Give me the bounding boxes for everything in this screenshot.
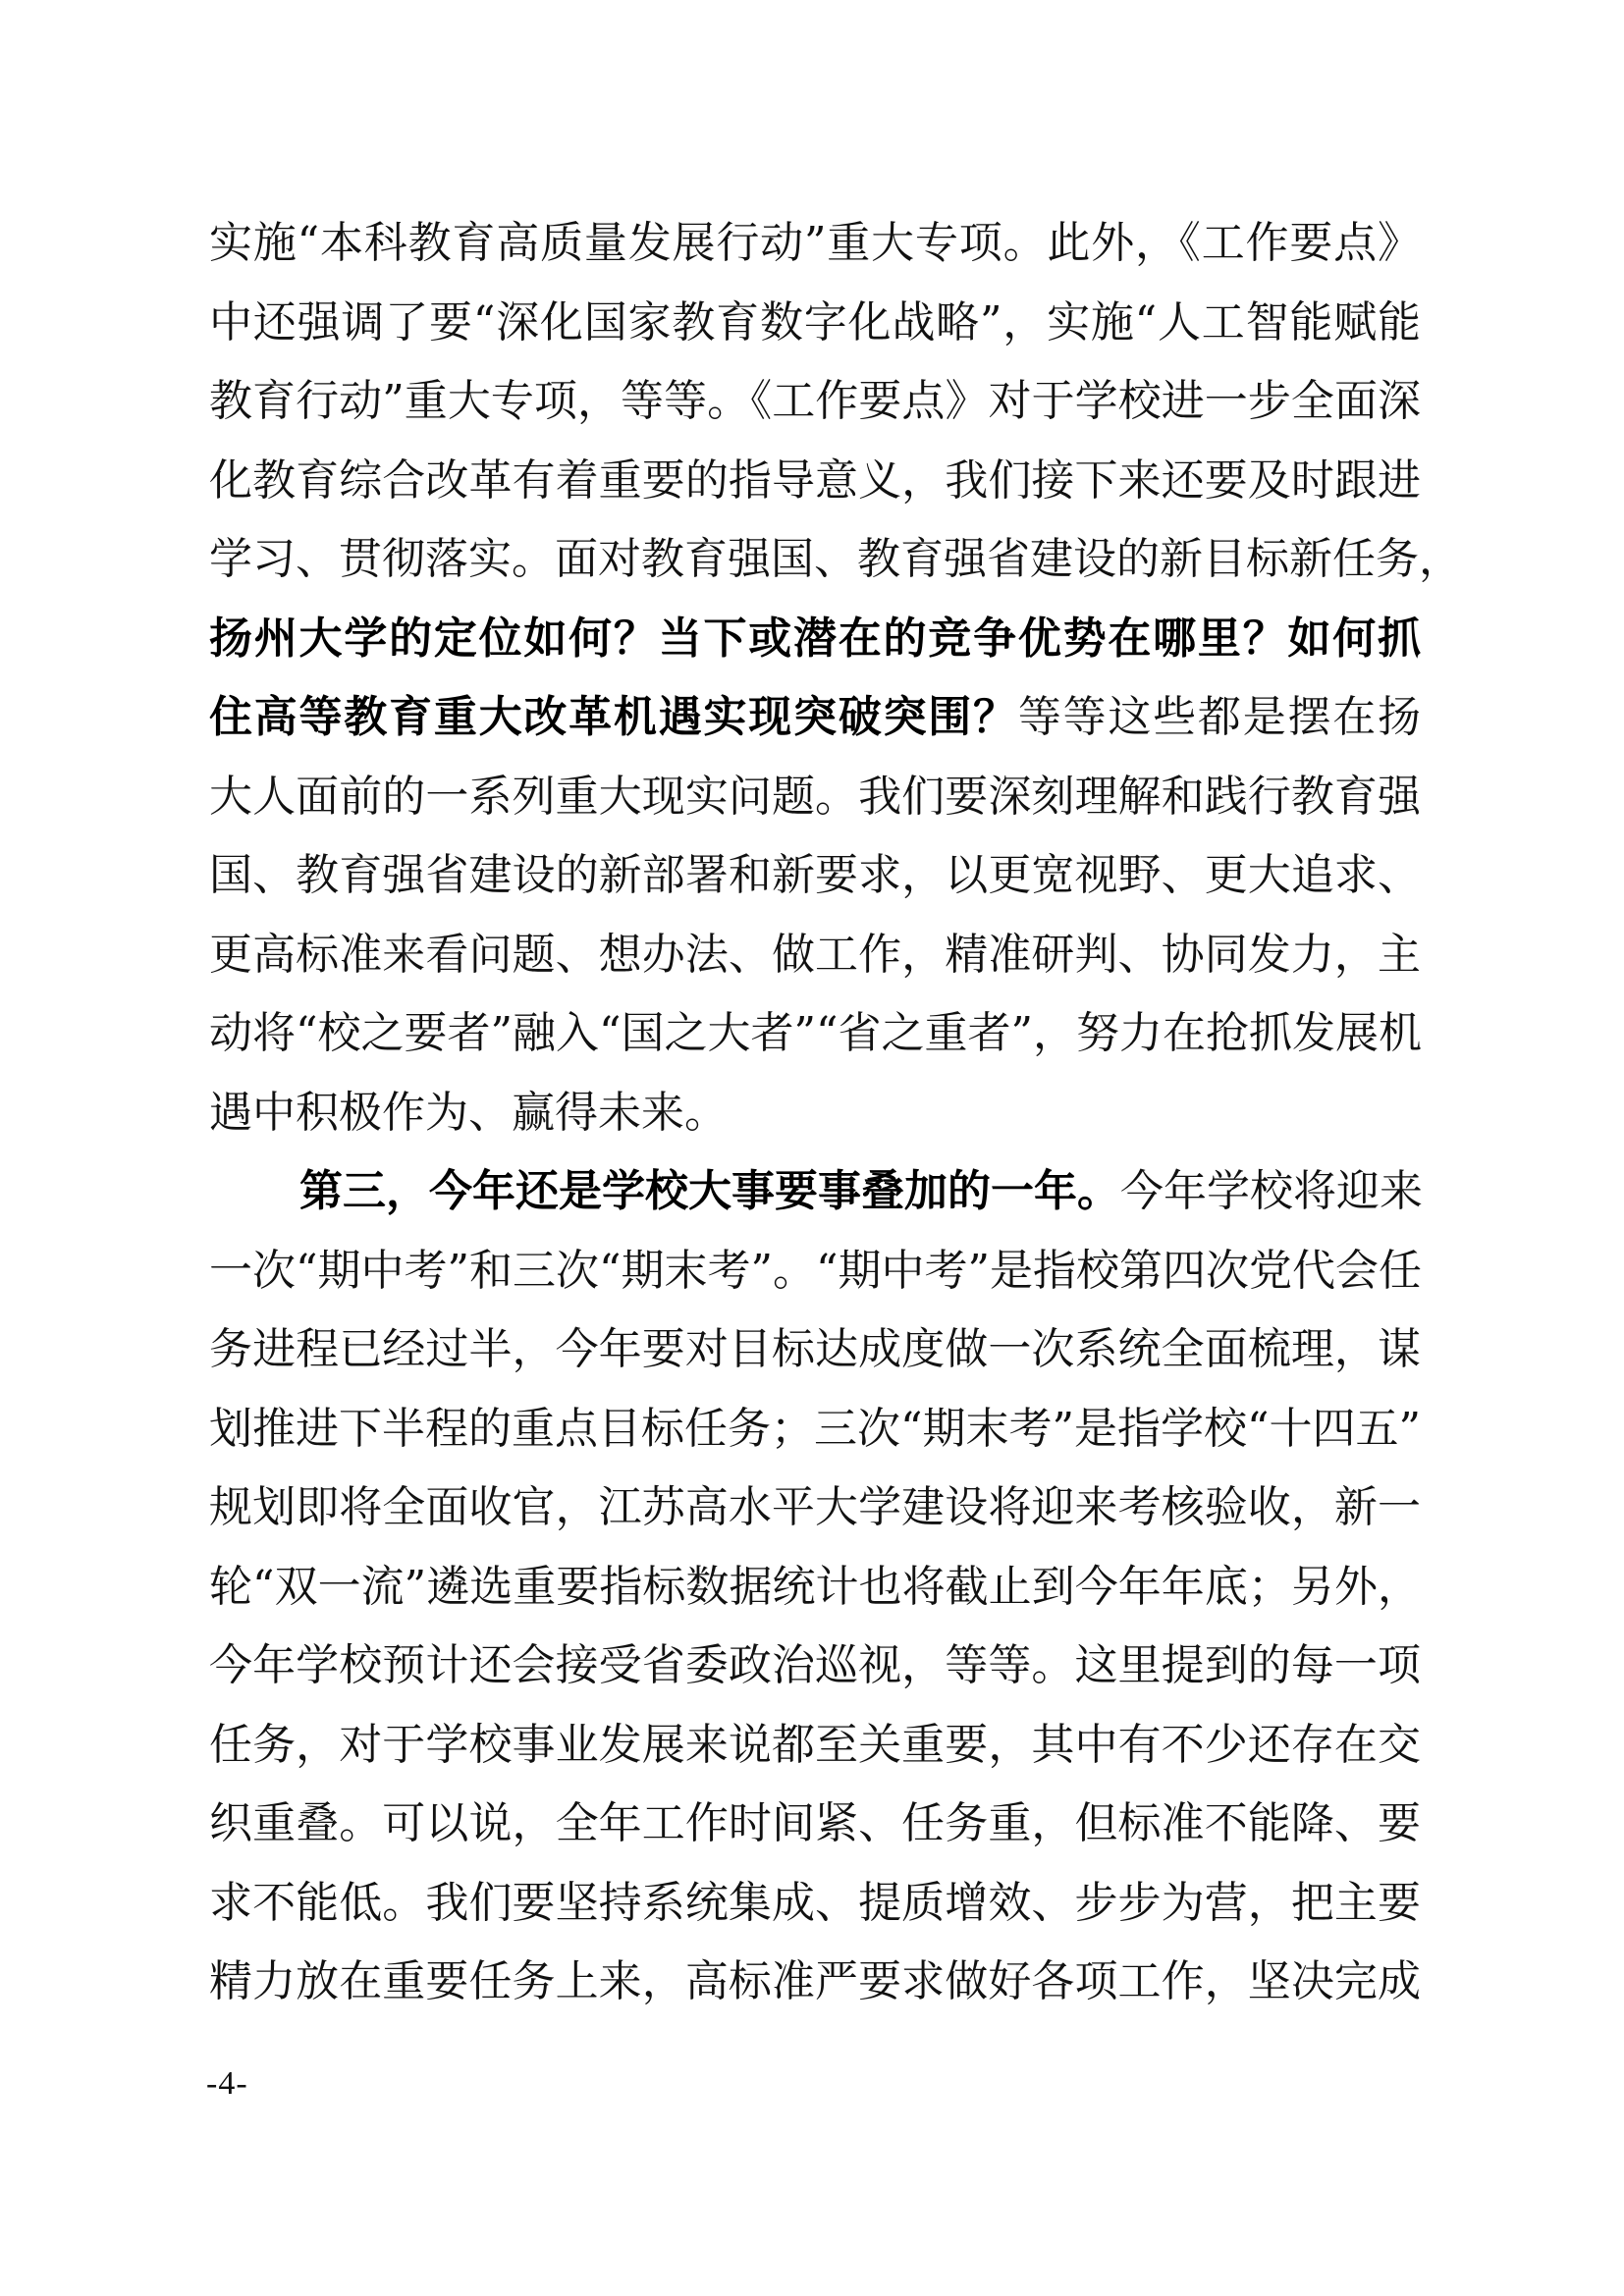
text-line: 遇中积极作为、赢得未来。 xyxy=(209,1074,1421,1153)
text-line: 第三，今年还是学校大事要事叠加的一年。今年学校将迎来 xyxy=(209,1152,1421,1232)
text-line: 精力放在重要任务上来，高标准严要求做好各项工作，坚决完成 xyxy=(209,1943,1421,2022)
text-line: 扬州大学的定位如何？当下或潜在的竞争优势在哪里？如何抓 xyxy=(209,600,1421,679)
text-line: 中还强调了要“深化国家教育数字化战略”，实施“人工智能赋能 xyxy=(209,284,1421,363)
text-line: 规划即将全面收官，江苏高水平大学建设将迎来考核验收，新一 xyxy=(209,1468,1421,1548)
bold-text-segment: 第三，今年还是学校大事要事叠加的一年。 xyxy=(299,1166,1120,1216)
text-line: 轮“双一流”遴选重要指标数据统计也将截止到今年年底；另外， xyxy=(209,1548,1421,1628)
text-line: 学习、贯彻落实。面对教育强国、教育强省建设的新目标新任务， xyxy=(209,520,1421,600)
text-line: 划推进下半程的重点目标任务；三次“期末考”是指学校“十四五” xyxy=(209,1390,1421,1469)
text-line: 更高标准来看问题、想办法、做工作，精准研判、协同发力，主 xyxy=(209,916,1421,995)
text-line: 务进程已经过半，今年要对目标达成度做一次系统全面梳理，谋 xyxy=(209,1310,1421,1390)
text-segment: 务进程已经过半，今年要对目标达成度做一次系统全面梳理，谋 xyxy=(209,1324,1421,1374)
text-line: 住高等教育重大改革机遇实现突破突围？等等这些都是摆在扬 xyxy=(209,678,1421,758)
text-segment: 一次“期中考”和三次“期末考”。“期中考”是指校第四次党代会任 xyxy=(209,1246,1422,1296)
text-segment: 学习、贯彻落实。面对教育强国、教育强省建设的新目标新任务， xyxy=(209,534,1462,584)
text-line: 国、教育强省建设的新部署和新要求，以更宽视野、更大追求、 xyxy=(209,836,1421,916)
text-segment: 更高标准来看问题、想办法、做工作，精准研判、协同发力，主 xyxy=(209,930,1421,980)
text-line: 教育行动”重大专项，等等。《工作要点》对于学校进一步全面深 xyxy=(209,362,1421,442)
text-line: 动将“校之要者”融入“国之大者”“省之重者”，努力在抢抓发展机 xyxy=(209,994,1421,1074)
text-segment: 动将“校之要者”融入“国之大者”“省之重者”，努力在抢抓发展机 xyxy=(209,1008,1422,1058)
text-segment: 化教育综合改革有着重要的指导意义，我们接下来还要及时跟进 xyxy=(209,455,1421,506)
text-segment: 规划即将全面收官，江苏高水平大学建设将迎来考核验收，新一 xyxy=(209,1482,1421,1532)
page-number: -4- xyxy=(206,2065,248,2103)
text-line: 实施“本科教育高质量发展行动”重大专项。此外，《工作要点》 xyxy=(209,204,1421,284)
text-segment: 划推进下半程的重点目标任务；三次“期末考”是指学校“十四五” xyxy=(209,1404,1421,1454)
text-segment: 大人面前的一系列重大现实问题。我们要深刻理解和践行教育强 xyxy=(209,772,1421,822)
text-line: 织重叠。可以说，全年工作时间紧、任务重，但标准不能降、要 xyxy=(209,1785,1421,1864)
text-line: 化教育综合改革有着重要的指导意义，我们接下来还要及时跟进 xyxy=(209,442,1421,521)
text-segment: 织重叠。可以说，全年工作时间紧、任务重，但标准不能降、要 xyxy=(209,1798,1421,1848)
bold-text-segment: 扬州大学的定位如何？当下或潜在的竞争优势在哪里？如何抓 xyxy=(209,614,1421,664)
text-line: 求不能低。我们要坚持系统集成、提质增效、步步为营，把主要 xyxy=(209,1864,1421,1944)
text-segment: 遇中积极作为、赢得未来。 xyxy=(209,1088,728,1138)
bold-text-segment: 住高等教育重大改革机遇实现突破突围？ xyxy=(209,692,1018,742)
text-segment: 等等这些都是摆在扬 xyxy=(1018,692,1421,742)
text-segment: 教育行动”重大专项，等等。《工作要点》对于学校进一步全面深 xyxy=(209,376,1421,426)
document-page: 实施“本科教育高质量发展行动”重大专项。此外，《工作要点》中还强调了要“深化国家… xyxy=(0,0,1624,2296)
body-text: 实施“本科教育高质量发展行动”重大专项。此外，《工作要点》中还强调了要“深化国家… xyxy=(209,204,1421,2022)
text-segment: 任务，对于学校事业发展来说都至关重要，其中有不少还存在交 xyxy=(209,1720,1421,1770)
text-line: 任务，对于学校事业发展来说都至关重要，其中有不少还存在交 xyxy=(209,1706,1421,1786)
text-segment: 求不能低。我们要坚持系统集成、提质增效、步步为营，把主要 xyxy=(209,1878,1421,1928)
text-segment: 国、教育强省建设的新部署和新要求，以更宽视野、更大追求、 xyxy=(209,850,1421,900)
text-segment: 中还强调了要“深化国家教育数字化战略”，实施“人工智能赋能 xyxy=(209,297,1421,347)
text-segment: 实施“本科教育高质量发展行动”重大专项。此外，《工作要点》 xyxy=(209,218,1421,268)
text-segment: 轮“双一流”遴选重要指标数据统计也将截止到今年年底；另外， xyxy=(209,1562,1421,1612)
text-segment: 今年学校预计还会接受省委政治巡视，等等。这里提到的每一项 xyxy=(209,1640,1421,1690)
text-segment: 精力放在重要任务上来，高标准严要求做好各项工作，坚决完成 xyxy=(209,1956,1421,2006)
text-line: 大人面前的一系列重大现实问题。我们要深刻理解和践行教育强 xyxy=(209,758,1421,837)
text-line: 一次“期中考”和三次“期末考”。“期中考”是指校第四次党代会任 xyxy=(209,1232,1421,1311)
text-segment: 今年学校将迎来 xyxy=(1120,1166,1423,1216)
text-line: 今年学校预计还会接受省委政治巡视，等等。这里提到的每一项 xyxy=(209,1627,1421,1706)
